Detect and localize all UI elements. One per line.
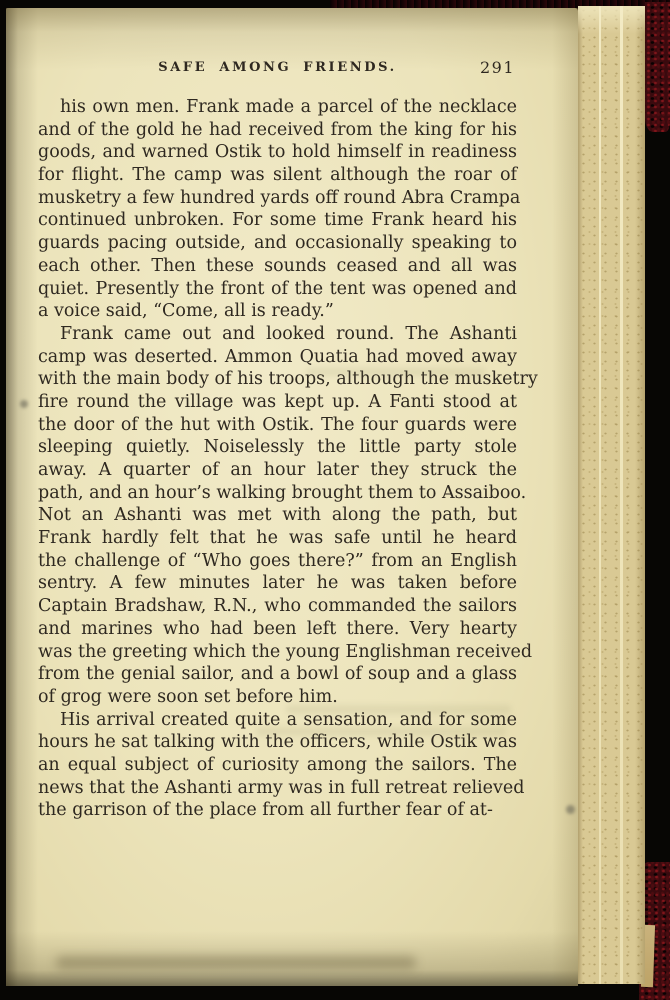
text-line: path, and an hour’s walking brought them… <box>38 482 517 505</box>
page-header: SAFE AMONG FRIENDS. 291 <box>38 60 517 82</box>
text-line: each other. Then these sounds ceased and… <box>38 255 517 278</box>
show-through-smudge <box>306 368 486 376</box>
text-line: Frank hardly felt that he was safe until… <box>38 527 517 550</box>
text-line: his own men. Frank made a parcel of the … <box>38 96 517 119</box>
text-line: quiet. Presently the front of the tent w… <box>38 278 517 301</box>
text-line: sleeping quietly. Noiselessly the little… <box>38 436 517 459</box>
text-line: and of the gold he had received from the… <box>38 119 517 142</box>
book-cover-cloth-top-right <box>645 2 670 132</box>
running-title: SAFE AMONG FRIENDS. <box>38 60 517 75</box>
book-scan: SAFE AMONG FRIENDS. 291 his own men. Fra… <box>0 0 670 1000</box>
text-line: fire round the village was kept up. A Fa… <box>38 391 517 414</box>
text-line: Captain Bradshaw, R.N., who commanded th… <box>38 595 517 618</box>
page-edge-line <box>620 6 623 984</box>
text-line: goods, and warned Ostik to hold himself … <box>38 141 517 164</box>
paragraph: his own men. Frank made a parcel of the … <box>38 96 517 323</box>
text-line: guards pacing outside, and occasionally … <box>38 232 517 255</box>
text-line: an equal subject of curiosity among the … <box>38 754 517 777</box>
text-line: Frank came out and looked round. The Ash… <box>38 323 517 346</box>
page-number: 291 <box>480 58 515 77</box>
paragraph: Frank came out and looked round. The Ash… <box>38 323 517 709</box>
text-line: away. A quarter of an hour later they st… <box>38 459 517 482</box>
paragraph: His arrival created quite a sensation, a… <box>38 709 517 822</box>
page-edge-line <box>599 6 601 984</box>
show-through-smudge <box>286 705 511 714</box>
page-bottom-shadow <box>56 956 416 969</box>
show-through-smudge <box>256 727 506 736</box>
paper-speck <box>566 805 575 814</box>
text-line: for flight. The camp was silent although… <box>38 164 517 187</box>
text-line: continued unbroken. For some time Frank … <box>38 209 517 232</box>
page-fore-edge <box>578 6 645 984</box>
paper-speck <box>20 400 28 408</box>
text-line: and marines who had been left there. Ver… <box>38 618 517 641</box>
text-line: the garrison of the place from all furth… <box>38 799 517 822</box>
text-line: sentry. A few minutes later he was taken… <box>38 572 517 595</box>
text-line: Not an Ashanti was met with along the pa… <box>38 504 517 527</box>
text-line: from the genial sailor, and a bowl of so… <box>38 663 517 686</box>
text-line: the challenge of “Who goes there?” from … <box>38 550 517 573</box>
text-line: musketry a few hundred yards off round A… <box>38 187 517 210</box>
text-line: a voice said, “Come, all is ready.” <box>38 300 517 323</box>
book-page: SAFE AMONG FRIENDS. 291 his own men. Fra… <box>6 8 578 986</box>
text-line: was the greeting which the young English… <box>38 641 517 664</box>
text-line: news that the Ashanti army was in full r… <box>38 777 517 800</box>
text-line: the door of the hut with Ostik. The four… <box>38 414 517 437</box>
text-line: camp was deserted. Ammon Quatia had move… <box>38 346 517 369</box>
